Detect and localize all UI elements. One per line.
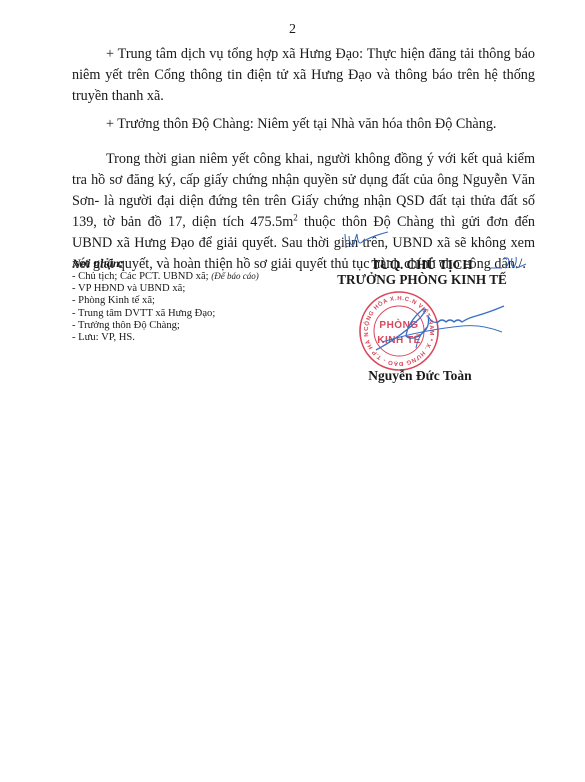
page-number: 2 bbox=[0, 22, 585, 38]
signature-authority: TUQ. CHỦ TỊCH bbox=[322, 257, 522, 272]
recipients-title: Nơi nhận: bbox=[72, 256, 312, 270]
recipient-item: - Chủ tịch; Các PCT. UBND xã; (Để báo cá… bbox=[72, 270, 312, 283]
recipient-item: - Lưu: VP, HS. bbox=[72, 332, 312, 344]
signer-name: Nguyễn Đức Toàn bbox=[320, 368, 520, 384]
stamp-label-line2: KINH TẾ bbox=[358, 335, 440, 346]
recipient-item: - Trưởng thôn Độ Chàng; bbox=[72, 320, 312, 332]
recipient-item: - Phòng Kinh tế xã; bbox=[72, 295, 312, 307]
stamp-label-line1: PHÒNG bbox=[358, 320, 440, 331]
signature-title: TRƯỞNG PHÒNG KINH TẾ bbox=[322, 272, 522, 287]
paragraph-village-head: + Trưởng thôn Độ Chàng: Niêm yết tại Nhà… bbox=[72, 114, 535, 135]
recipient-note: (Để báo cáo) bbox=[211, 271, 258, 281]
document-page: 2 + Trung tâm dịch vụ tổng hợp xã Hưng Đ… bbox=[0, 0, 585, 782]
recipient-item: - VP HĐND và UBND xã; bbox=[72, 283, 312, 295]
recipients-block: Nơi nhận: - Chủ tịch; Các PCT. UBND xã; … bbox=[72, 256, 312, 344]
signature-block: TUQ. CHỦ TỊCH TRƯỞNG PHÒNG KINH TẾ bbox=[322, 257, 522, 287]
paragraph-service-center: + Trung tâm dịch vụ tổng hợp xã Hưng Đạo… bbox=[72, 44, 535, 107]
recipient-item: - Trung tâm DVTT xã Hưng Đạo; bbox=[72, 308, 312, 320]
official-stamp-icon: CỘNG HÒA X.H.C.N VIỆT NAM * X. HƯNG ĐẠO … bbox=[358, 290, 440, 372]
